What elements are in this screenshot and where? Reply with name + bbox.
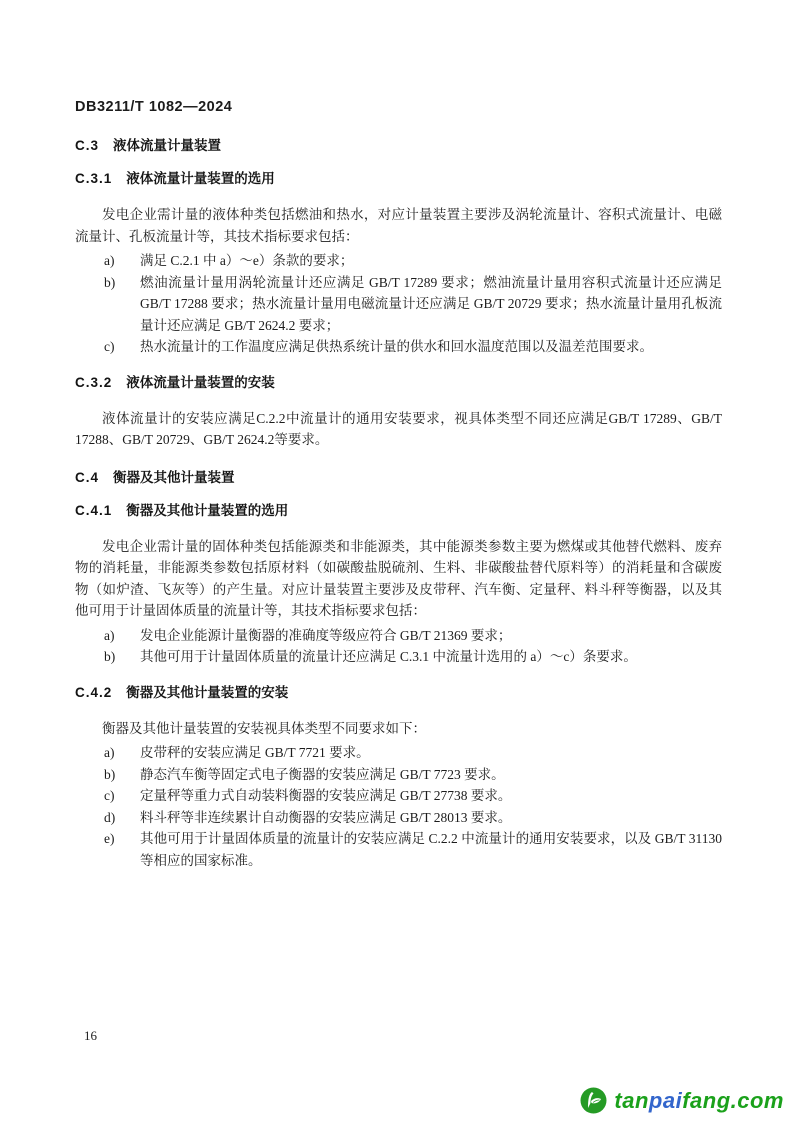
section-c31-heading: C.3.1液体流量计量装置的选用 (75, 167, 722, 187)
section-title: 液体流量计量装置 (113, 138, 221, 153)
list-item-label: a) (104, 742, 140, 764)
logo-text-segment: fang (682, 1088, 730, 1113)
list-item-text: 料斗秤等非连续累计自动衡器的安装应满足 GB/T 28013 要求。 (140, 807, 722, 829)
section-title: 衡器及其他计量装置的选用 (126, 503, 288, 518)
section-number: C.3 (75, 138, 99, 153)
paragraph-c31-intro: 发电企业需计量的液体种类包括燃油和热水，对应计量装置主要涉及涡轮流量计、容积式流… (75, 204, 722, 247)
logo-text-segment: pai (649, 1088, 682, 1113)
list-item: c) 热水流量计的工作温度应满足供热系统计量的供水和回水温度范围以及温差范围要求… (75, 336, 722, 358)
list-item: a) 满足 C.2.1 中 a）～e）条款的要求； (75, 250, 722, 272)
list-item-label: c) (104, 785, 140, 807)
tanpaifang-leaf-circle-icon (580, 1087, 607, 1114)
tanpaifang-logo: tanpaifang.com (580, 1087, 784, 1114)
list-item: b) 静态汽车衡等固定式电子衡器的安装应满足 GB/T 7723 要求。 (75, 764, 722, 786)
section-title: 衡器及其他计量装置 (113, 470, 235, 485)
list-item-text: 热水流量计的工作温度应满足供热系统计量的供水和回水温度范围以及温差范围要求。 (140, 336, 722, 358)
section-c4-heading: C.4衡器及其他计量装置 (75, 466, 722, 486)
list-item-label: b) (104, 646, 140, 668)
list-item-label: c) (104, 336, 140, 358)
logo-text-segment: tan (614, 1088, 649, 1113)
list-item-label: b) (104, 272, 140, 337)
section-number: C.4 (75, 470, 99, 485)
section-c42-heading: C.4.2衡器及其他计量装置的安装 (75, 681, 722, 701)
list-item-label: b) (104, 764, 140, 786)
list-item-label: a) (104, 625, 140, 647)
list-item: c) 定量秤等重力式自动装料衡器的安装应满足 GB/T 27738 要求。 (75, 785, 722, 807)
paragraph-c42-intro: 衡器及其他计量装置的安装视具体类型不同要求如下： (75, 718, 722, 740)
list-item-text: 其他可用于计量固体质量的流量计的安装应满足 C.2.2 中流量计的通用安装要求，… (140, 828, 722, 871)
list-item: a) 发电企业能源计量衡器的准确度等级应符合 GB/T 21369 要求； (75, 625, 722, 647)
list-item-text: 定量秤等重力式自动装料衡器的安装应满足 GB/T 27738 要求。 (140, 785, 722, 807)
page-number: 16 (84, 1028, 97, 1044)
list-c31: a) 满足 C.2.1 中 a）～e）条款的要求； b) 燃油流量计量用涡轮流量… (75, 250, 722, 358)
paragraph-c32-body: 液体流量计的安装应满足C.2.2中流量计的通用安装要求，视具体类型不同还应满足G… (75, 408, 722, 451)
list-item-label: e) (104, 828, 140, 871)
section-title: 液体流量计量装置的安装 (126, 375, 275, 390)
list-c41: a) 发电企业能源计量衡器的准确度等级应符合 GB/T 21369 要求； b)… (75, 625, 722, 668)
section-number: C.3.2 (75, 375, 112, 390)
document-page: DB3211/T 1082—2024 C.3液体流量计量装置 C.3.1液体流量… (0, 0, 794, 1123)
doc-number: DB3211/T 1082—2024 (75, 99, 722, 115)
list-item: d) 料斗秤等非连续累计自动衡器的安装应满足 GB/T 28013 要求。 (75, 807, 722, 829)
list-item-label: d) (104, 807, 140, 829)
list-item: a) 皮带秤的安装应满足 GB/T 7721 要求。 (75, 742, 722, 764)
list-c42: a) 皮带秤的安装应满足 GB/T 7721 要求。 b) 静态汽车衡等固定式电… (75, 742, 722, 871)
paragraph-c41-intro: 发电企业需计量的固体种类包括能源类和非能源类，其中能源类参数主要为燃煤或其他替代… (75, 536, 722, 622)
list-item-text: 皮带秤的安装应满足 GB/T 7721 要求。 (140, 742, 722, 764)
list-item-text: 静态汽车衡等固定式电子衡器的安装应满足 GB/T 7723 要求。 (140, 764, 722, 786)
logo-text: tanpaifang.com (614, 1088, 784, 1114)
list-item-text: 燃油流量计量用涡轮流量计还应满足 GB/T 17289 要求；燃油流量计量用容积… (140, 272, 722, 337)
list-item: e) 其他可用于计量固体质量的流量计的安装应满足 C.2.2 中流量计的通用安装… (75, 828, 722, 871)
list-item: b) 其他可用于计量固体质量的流量计还应满足 C.3.1 中流量计选用的 a）～… (75, 646, 722, 668)
section-number: C.3.1 (75, 171, 112, 186)
list-item-label: a) (104, 250, 140, 272)
section-c41-heading: C.4.1衡器及其他计量装置的选用 (75, 499, 722, 519)
section-c3-heading: C.3液体流量计量装置 (75, 134, 722, 154)
section-title: 液体流量计量装置的选用 (126, 171, 275, 186)
list-item-text: 其他可用于计量固体质量的流量计还应满足 C.3.1 中流量计选用的 a）～c）条… (140, 646, 722, 668)
section-title: 衡器及其他计量装置的安装 (126, 685, 288, 700)
list-item: b) 燃油流量计量用涡轮流量计还应满足 GB/T 17289 要求；燃油流量计量… (75, 272, 722, 337)
list-item-text: 满足 C.2.1 中 a）～e）条款的要求； (140, 250, 722, 272)
section-number: C.4.1 (75, 503, 112, 518)
page-content: DB3211/T 1082—2024 C.3液体流量计量装置 C.3.1液体流量… (75, 99, 722, 875)
section-number: C.4.2 (75, 685, 112, 700)
logo-text-segment: .com (731, 1088, 784, 1113)
list-item-text: 发电企业能源计量衡器的准确度等级应符合 GB/T 21369 要求； (140, 625, 722, 647)
section-c32-heading: C.3.2液体流量计量装置的安装 (75, 371, 722, 391)
